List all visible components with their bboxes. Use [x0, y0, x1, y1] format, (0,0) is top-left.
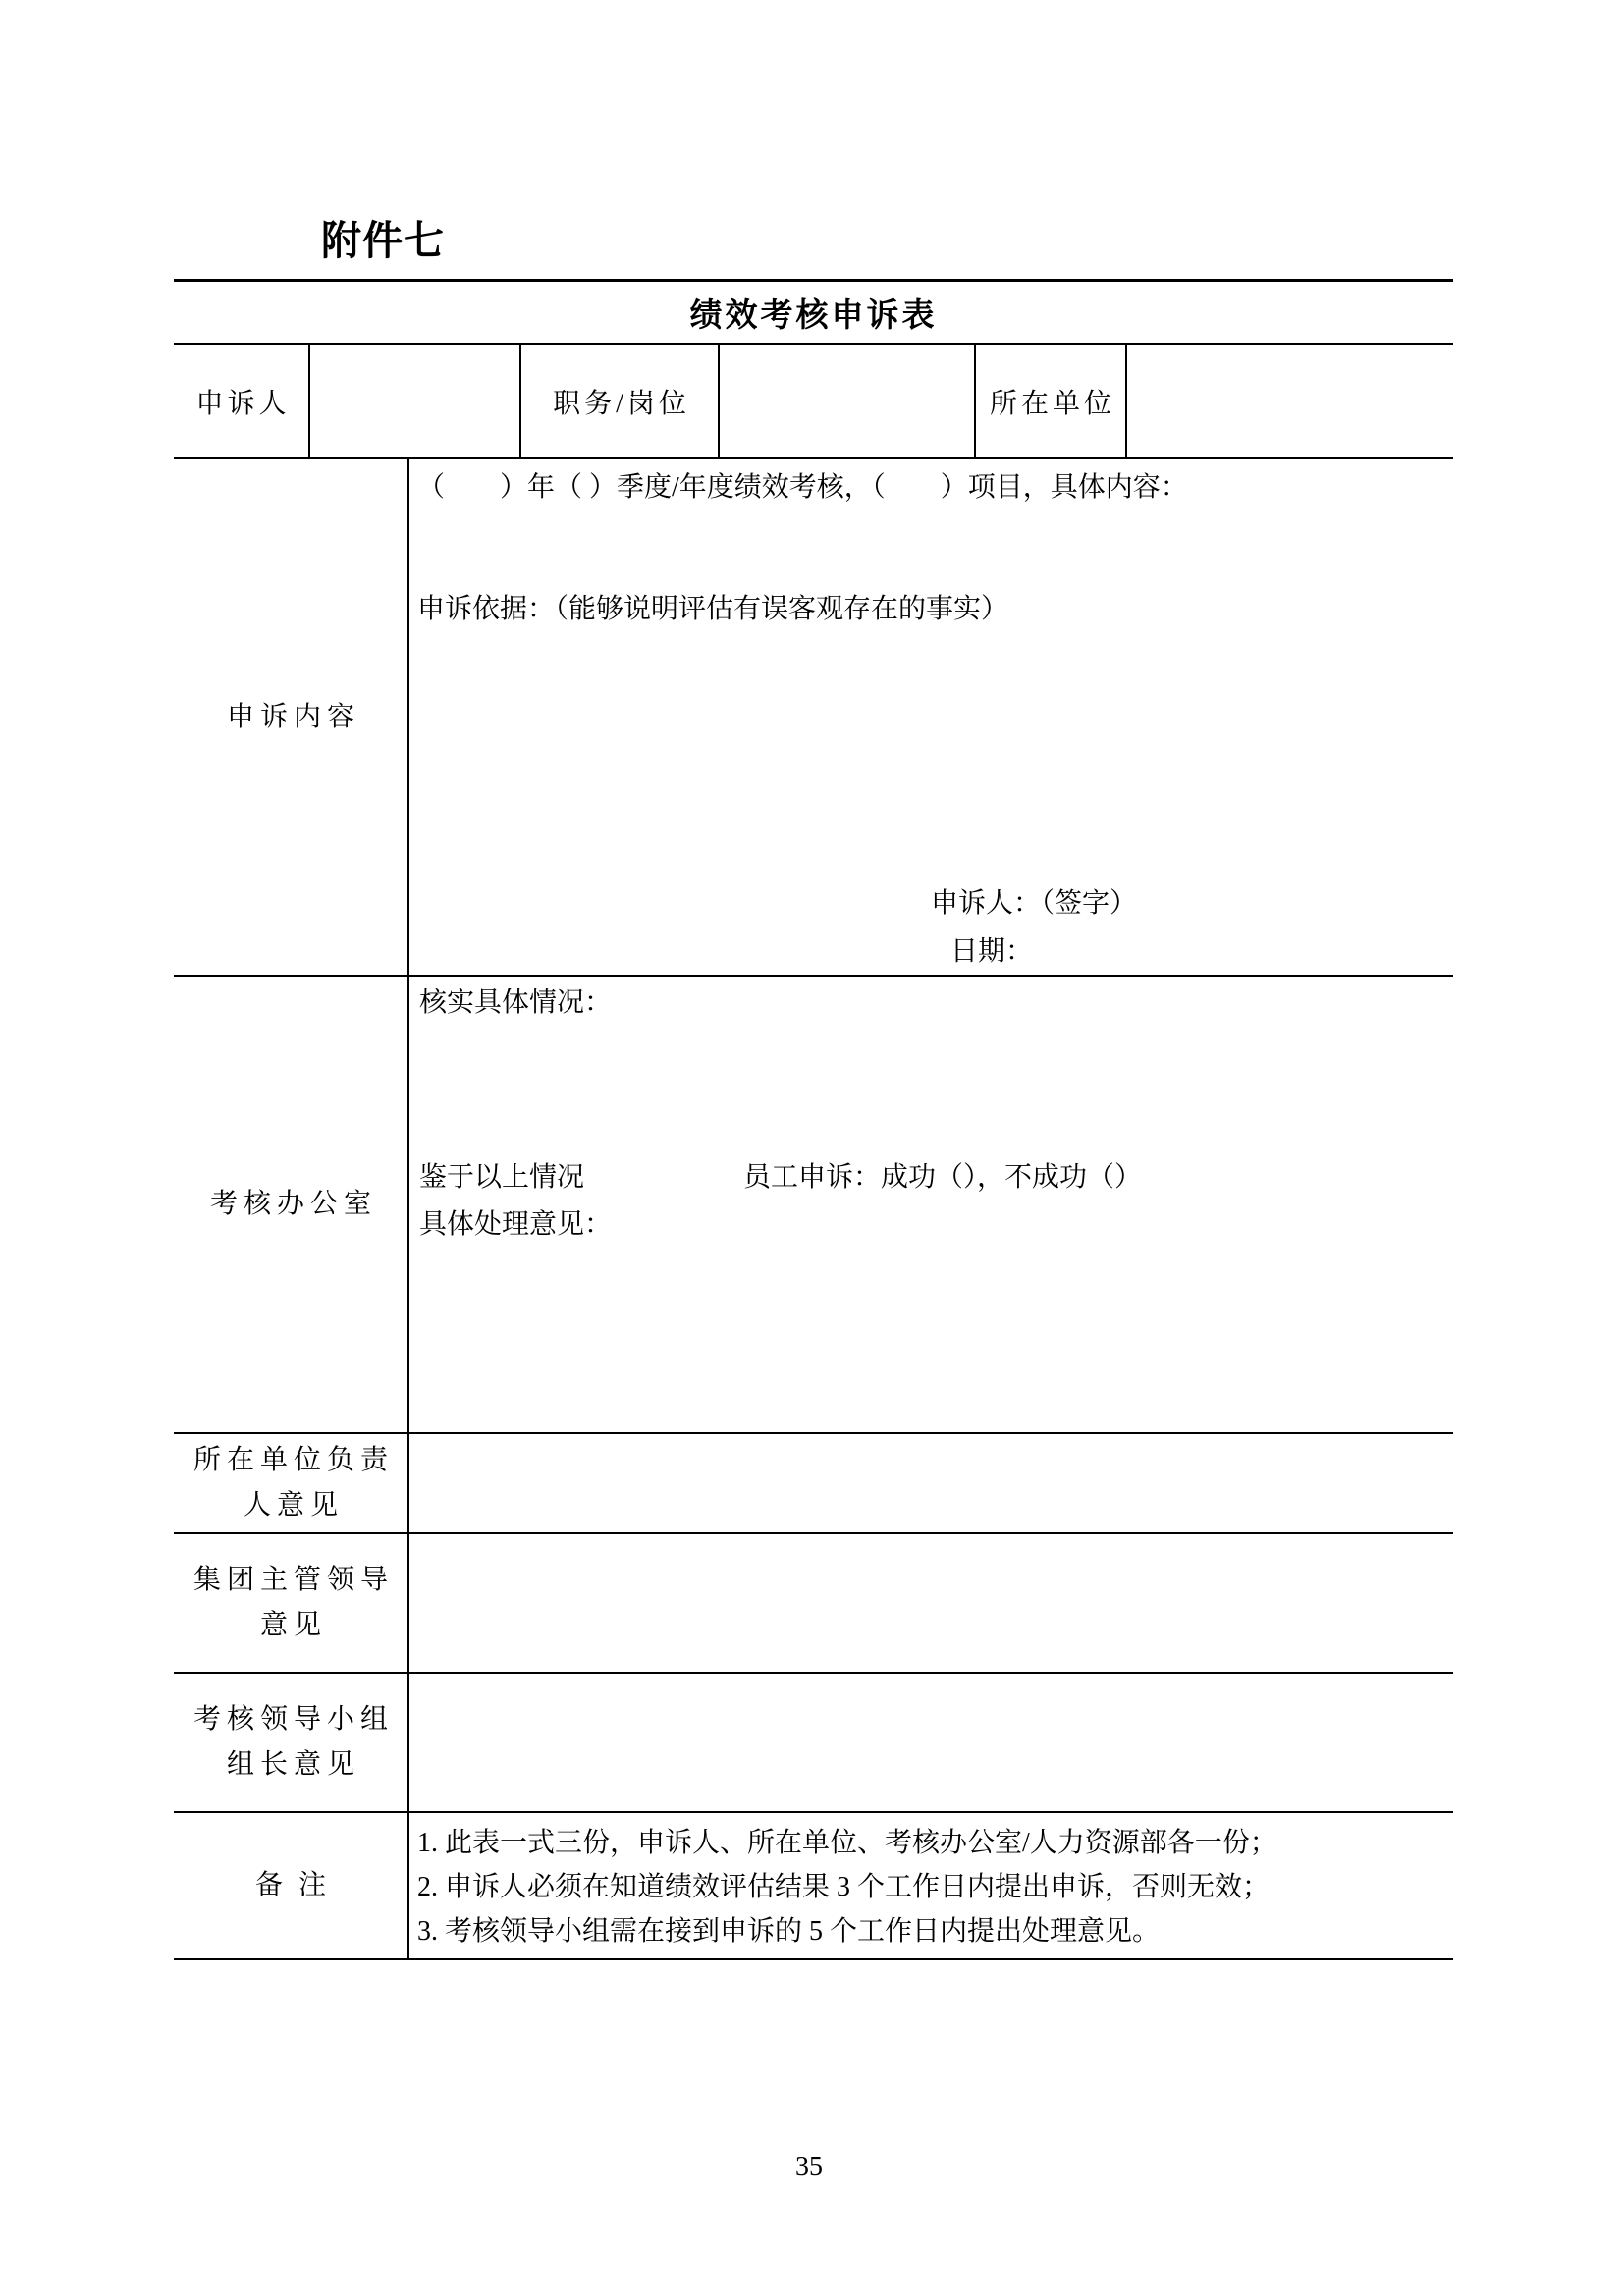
handling-opinion-line: 具体处理意见：	[419, 1208, 612, 1242]
verify-situation-line: 核实具体情况：	[419, 987, 612, 1020]
appellant-label-cell: 申诉人	[174, 345, 310, 457]
unit-label: 所在单位	[986, 382, 1115, 421]
appeal-basis-line: 申诉依据：（能够说明评估有误客观存在的事实）	[417, 593, 1008, 626]
group-leader-label-line2: 意见	[254, 1603, 327, 1648]
attachment-label: 附件七	[321, 208, 445, 266]
appeal-content-row: 申诉内容 （ ）年（ ）季度/年度绩效考核，（ ）项目，具体内容： 申诉依据：（…	[174, 459, 1453, 977]
assessment-group-label-line1: 考核领导小组	[188, 1697, 394, 1742]
group-leader-row: 集团主管领导 意见	[174, 1534, 1453, 1674]
unit-leader-label-line2: 人意见	[238, 1483, 344, 1528]
appeal-period-line: （ ）年（ ）季度/年度绩效考核，（ ）项目，具体内容：	[417, 471, 1188, 505]
assessment-group-label-cell: 考核领导小组 组长意见	[174, 1674, 409, 1811]
remark-note-2: 2. 申诉人必须在知道绩效评估结果 3 个工作日内提出申诉，否则无效；	[417, 1865, 1447, 1909]
assessment-office-cell: 核实具体情况： 鉴于以上情况 员工申诉：成功（），不成功（） 具体处理意见：	[409, 977, 1453, 1432]
appellant-label: 申诉人	[191, 382, 290, 421]
appeal-result-line: 员工申诉：成功（），不成功（）	[743, 1161, 1142, 1195]
appeal-content-label-cell: 申诉内容	[174, 459, 409, 975]
appeal-content-cell: （ ）年（ ）季度/年度绩效考核，（ ）项目，具体内容： 申诉依据：（能够说明评…	[409, 459, 1453, 975]
unit-label-cell: 所在单位	[976, 345, 1127, 457]
assessment-office-label-cell: 考核办公室	[174, 977, 409, 1432]
signature-date-line: 日期：	[950, 935, 1033, 969]
remarks-row: 备注 1. 此表一式三份，申诉人、所在单位、考核办公室/人力资源部各一份； 2.…	[174, 1813, 1453, 1960]
unit-leader-opinion-cell	[409, 1434, 1453, 1532]
group-leader-label-cell: 集团主管领导 意见	[174, 1534, 409, 1672]
position-value-cell	[720, 345, 976, 457]
document-page: 附件七 绩效考核申诉表 申诉人 职务/岗位 所在单位	[0, 0, 1624, 2296]
assessment-office-row: 考核办公室 核实具体情况： 鉴于以上情况 员工申诉：成功（），不成功（） 具体处…	[174, 977, 1453, 1434]
assessment-office-label: 考核办公室	[204, 1182, 377, 1227]
appellant-value-cell	[310, 345, 521, 457]
appellant-signature-line: 申诉人：（签字）	[931, 887, 1137, 921]
appeal-content-label: 申诉内容	[221, 695, 360, 740]
given-situation-line: 鉴于以上情况	[419, 1161, 584, 1195]
assessment-group-label-line2: 组长意见	[221, 1742, 360, 1788]
page-number: 35	[795, 2152, 823, 2183]
appeal-form-table: 绩效考核申诉表 申诉人 职务/岗位 所在单位 申诉内容	[174, 279, 1453, 1960]
assessment-group-row: 考核领导小组 组长意见	[174, 1674, 1453, 1813]
unit-leader-label-line1: 所在单位负责	[188, 1438, 394, 1483]
remark-note-3: 3. 考核领导小组需在接到申诉的 5 个工作日内提出处理意见。	[417, 1909, 1447, 1953]
form-title: 绩效考核申诉表	[690, 290, 938, 336]
form-title-row: 绩效考核申诉表	[174, 282, 1453, 345]
appellant-row: 申诉人 职务/岗位 所在单位	[174, 345, 1453, 459]
assessment-group-opinion-cell	[409, 1674, 1453, 1811]
unit-leader-row: 所在单位负责 人意见	[174, 1434, 1453, 1534]
unit-value-cell	[1127, 345, 1453, 457]
remarks-label: 备注	[240, 1863, 342, 1908]
remarks-cell: 1. 此表一式三份，申诉人、所在单位、考核办公室/人力资源部各一份； 2. 申诉…	[409, 1813, 1453, 1958]
remark-note-1: 1. 此表一式三份，申诉人、所在单位、考核办公室/人力资源部各一份；	[417, 1821, 1447, 1865]
unit-leader-label-cell: 所在单位负责 人意见	[174, 1434, 409, 1532]
group-leader-label-line1: 集团主管领导	[188, 1558, 394, 1603]
position-label-cell: 职务/岗位	[521, 345, 720, 457]
position-label: 职务/岗位	[549, 382, 690, 421]
group-leader-opinion-cell	[409, 1534, 1453, 1672]
remarks-label-cell: 备注	[174, 1813, 409, 1958]
